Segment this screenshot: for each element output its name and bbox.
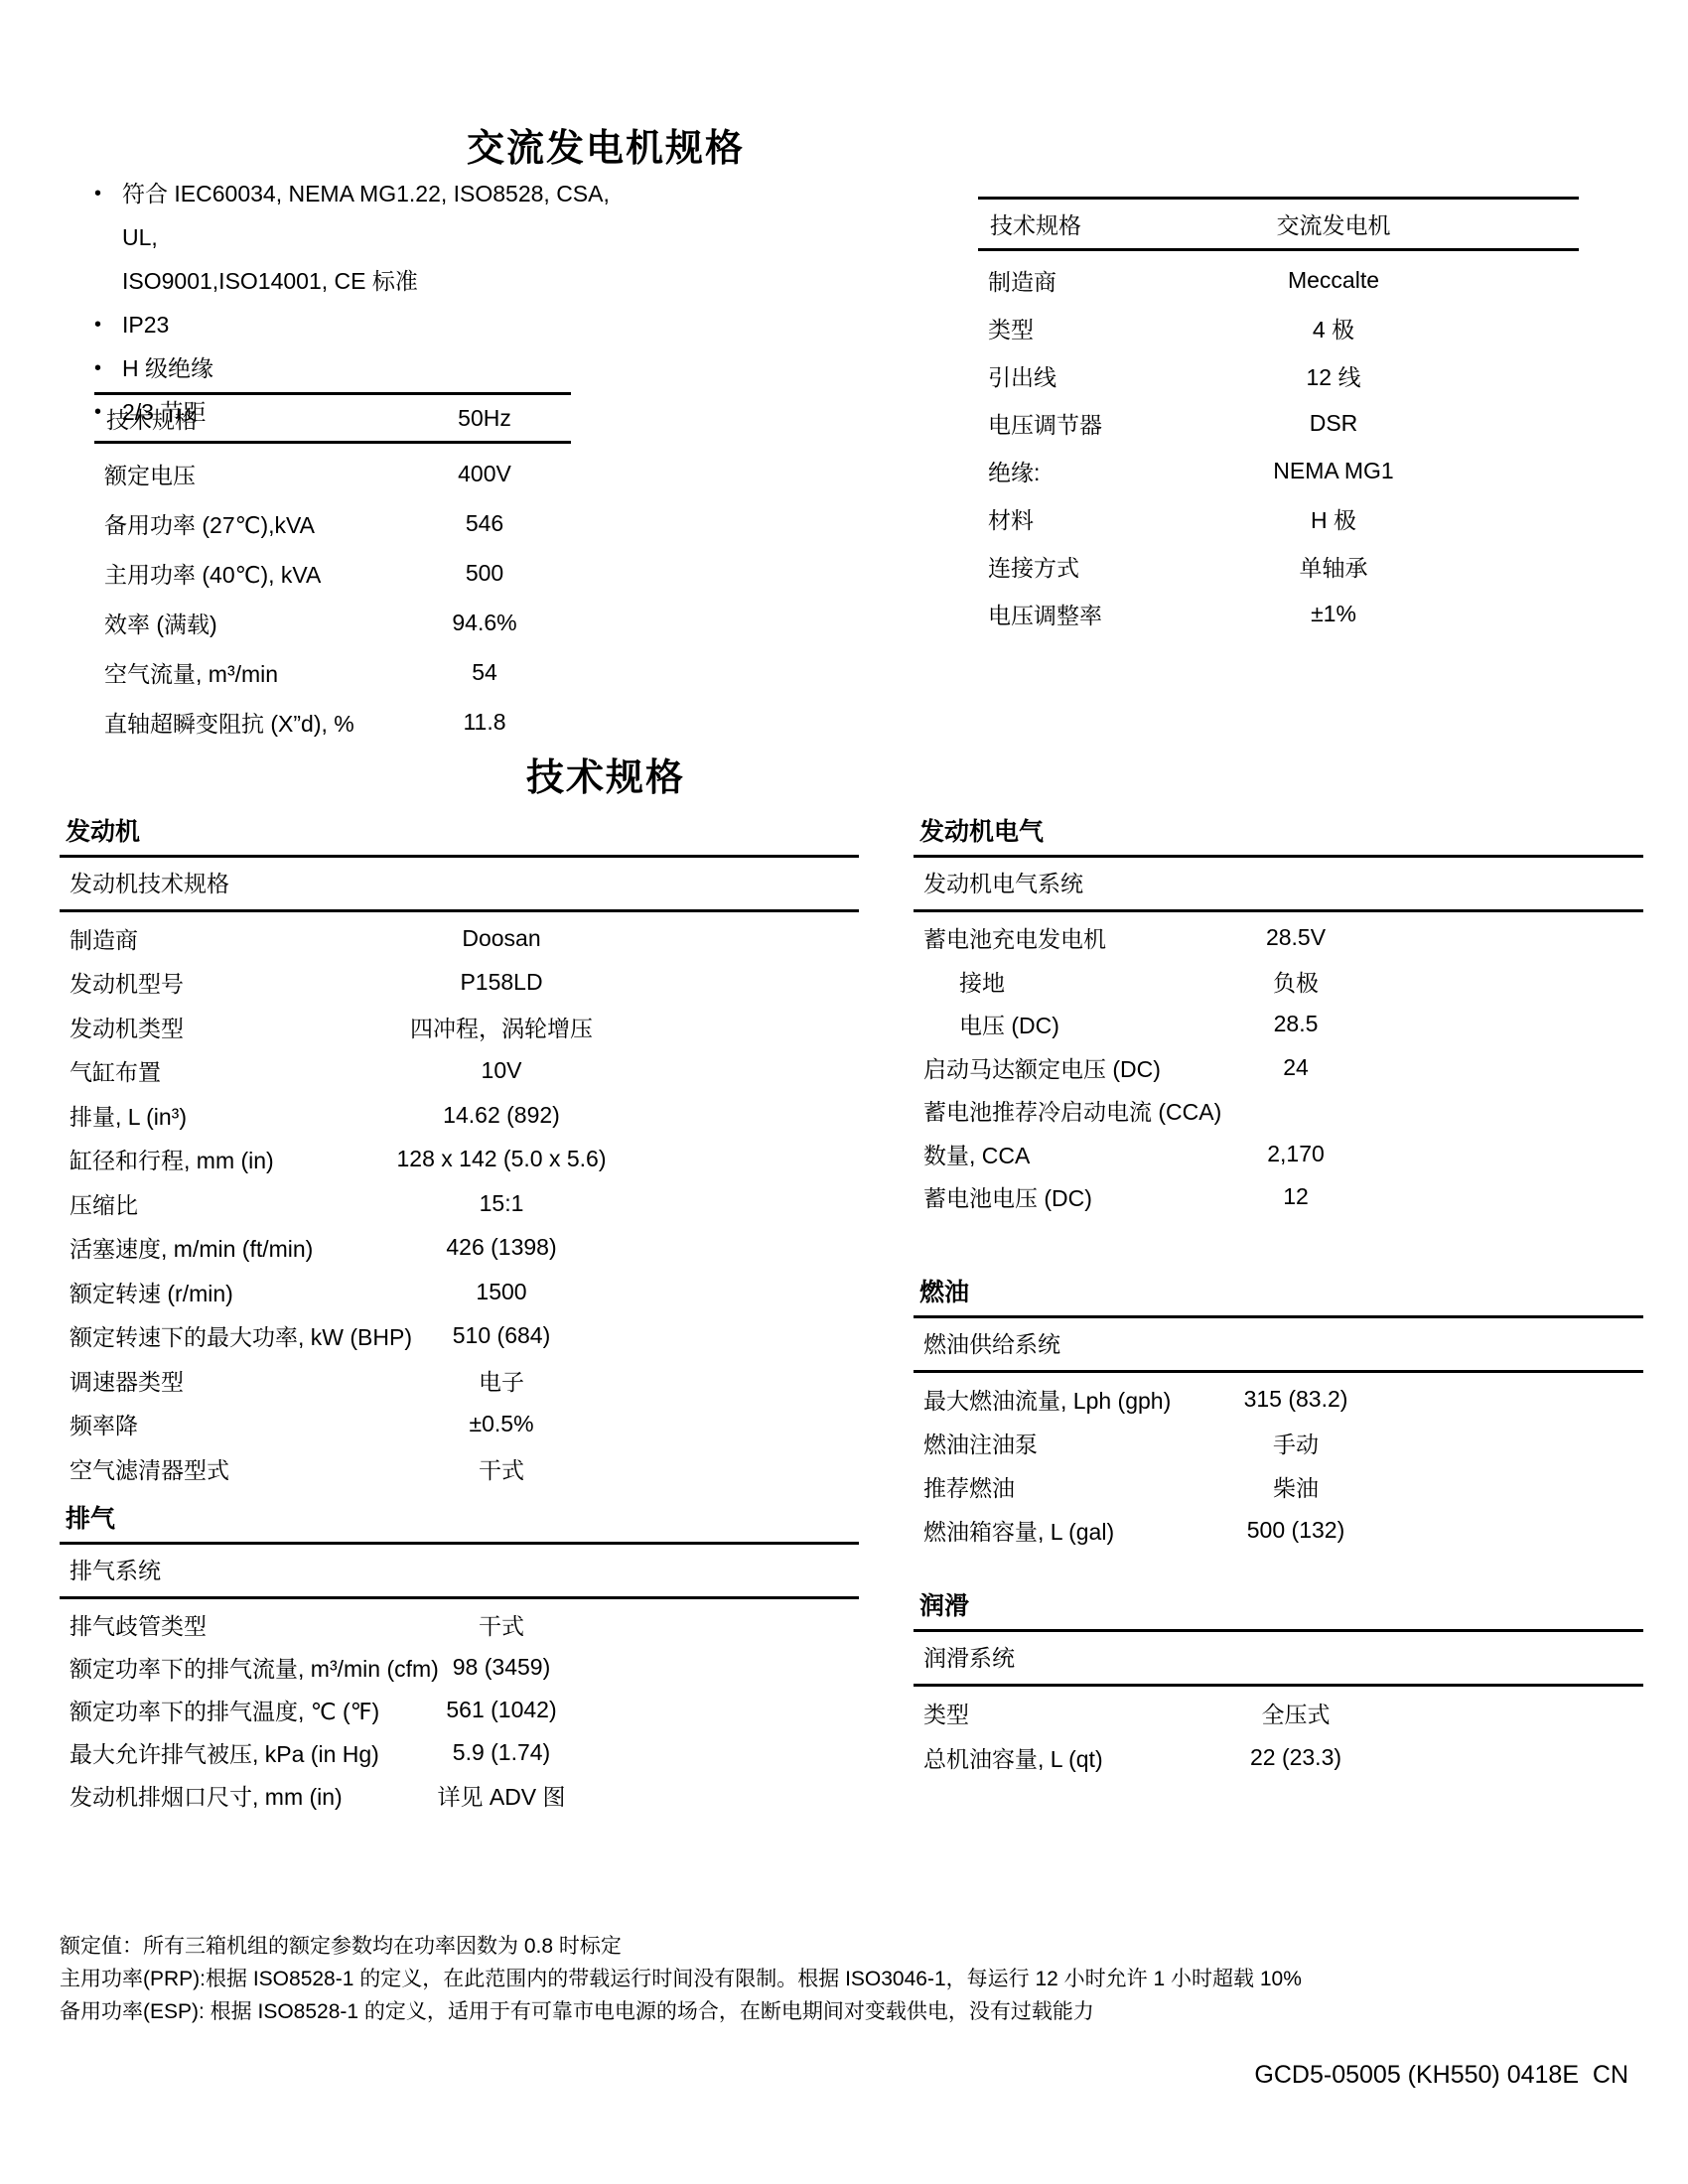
spec-value: 94.6% <box>452 610 516 636</box>
spec-value: 2,170 <box>1267 1141 1325 1167</box>
spec-row: 主用功率 (40℃), kVA500 <box>94 548 571 598</box>
spec-label: 缸径和行程, mm (in) <box>60 1143 274 1175</box>
spec-value: 全压式 <box>1262 1697 1331 1729</box>
spec-label: 最大燃油流量, Lph (gph) <box>914 1383 1171 1416</box>
spec-value: 400V <box>458 461 511 487</box>
table-rows: 最大燃油流量, Lph (gph)315 (83.2)燃油注油泵手动推荐燃油柴油… <box>914 1373 1643 1552</box>
table-rows: 额定电压400V备用功率 (27℃),kVA546主用功率 (40℃), kVA… <box>94 444 571 747</box>
spec-label: 压缩比 <box>60 1187 138 1220</box>
spec-value: 426 (1398) <box>446 1234 556 1261</box>
spec-row: 额定转速 (r/min)1500 <box>60 1270 859 1314</box>
spec-row: 制造商Meccalte <box>978 256 1579 304</box>
spec-value: 5.9 (1.74) <box>453 1739 550 1766</box>
spec-label: 排量, L (in³) <box>60 1099 187 1132</box>
section-title: 排气 <box>60 1505 859 1545</box>
page-title: 交流发电机规格 <box>60 117 1152 172</box>
spec-row: 活塞速度, m/min (ft/min)426 (1398) <box>60 1226 859 1271</box>
note-line: 主用功率(PRP):根据 ISO8528-1 的定义，在此范围内的带载运行时间没… <box>60 1963 1638 1995</box>
spec-value: ±0.5% <box>469 1411 533 1437</box>
spec-row: 连接方式单轴承 <box>978 542 1579 590</box>
spec-label: 发动机类型 <box>60 1011 184 1043</box>
section-subheader: 燃油供给系统 <box>914 1318 1643 1373</box>
spec-value: 电子 <box>479 1364 524 1397</box>
engine-section: 发动机 发动机技术规格 制造商Doosan发动机型号P158LD发动机类型四冲程… <box>60 818 859 1491</box>
spec-label: 燃油注油泵 <box>914 1427 1038 1459</box>
bullet-text: H 级绝缘 <box>122 346 213 390</box>
spec-label: 引出线 <box>978 359 1056 392</box>
spec-value: 12 线 <box>1307 359 1361 392</box>
lubrication-section: 润滑 润滑系统 类型全压式总机油容量, L (qt)22 (23.3) <box>914 1592 1643 1780</box>
spec-value: 546 <box>466 510 503 537</box>
spec-value: 22 (23.3) <box>1250 1744 1341 1771</box>
spec-label: 电压调节器 <box>978 407 1102 440</box>
spec-value: 12 <box>1283 1183 1309 1210</box>
spec-row: 备用功率 (27℃),kVA546 <box>94 498 571 548</box>
spec-value: 24 <box>1283 1054 1309 1081</box>
table-rows: 蓄电池充电发电机28.5V接地负极电压 (DC)28.5启动马达额定电压 (DC… <box>914 912 1643 1219</box>
spec-value: 561 (1042) <box>446 1697 556 1723</box>
spec-row: 材料H 极 <box>978 494 1579 542</box>
section-main-title: 技术规格 <box>60 747 1152 801</box>
spec-value: 15:1 <box>480 1190 524 1217</box>
spec-row: 引出线12 线 <box>978 351 1579 399</box>
spec-value: 4 极 <box>1313 312 1354 344</box>
table-header-value: 50Hz <box>458 405 511 432</box>
spec-value: P158LD <box>460 969 542 996</box>
spec-label: 额定功率下的排气温度, ℃ (℉) <box>60 1694 379 1726</box>
spec-row: 电压 (DC)28.5 <box>914 1003 1643 1046</box>
bullet-dot-icon: • <box>94 346 122 390</box>
engine-electrical-section: 发动机电气 发动机电气系统 蓄电池充电发电机28.5V接地负极电压 (DC)28… <box>914 818 1643 1219</box>
spec-label: 燃油箱容量, L (gal) <box>914 1514 1114 1547</box>
spec-label: 发动机型号 <box>60 966 184 999</box>
spec-row: 绝缘:NEMA MG1 <box>978 447 1579 494</box>
spec-label: 总机油容量, L (qt) <box>914 1741 1103 1774</box>
spec-label: 直轴超瞬变阻抗 (X”d), % <box>94 706 354 739</box>
spec-value: 详见 ADV 图 <box>437 1779 565 1812</box>
spec-value: 负极 <box>1273 965 1319 998</box>
bullet-text: IP23 <box>122 303 169 346</box>
spec-value: 28.5 <box>1274 1011 1319 1037</box>
spec-row: 发动机排烟口尺寸, mm (in)详见 ADV 图 <box>60 1774 859 1817</box>
spec-label: 制造商 <box>60 922 138 955</box>
section-subheader: 发动机技术规格 <box>60 858 859 912</box>
spec-sheet-page: 交流发电机规格 •符合 IEC60034, NEMA MG1.22, ISO85… <box>0 0 1688 2184</box>
bullet-item: •符合 IEC60034, NEMA MG1.22, ISO8528, CSA,… <box>94 172 611 303</box>
spec-row: 蓄电池推荐冷启动电流 (CCA) <box>914 1089 1643 1133</box>
spec-label: 推荐燃油 <box>914 1470 1015 1503</box>
spec-row: 额定功率下的排气流量, m³/min (cfm)98 (3459) <box>60 1646 859 1689</box>
spec-row: 电压调节器DSR <box>978 399 1579 447</box>
spec-label: 额定转速下的最大功率, kW (BHP) <box>60 1319 412 1352</box>
spec-label: 活塞速度, m/min (ft/min) <box>60 1231 313 1264</box>
spec-label: 蓄电池推荐冷启动电流 (CCA) <box>914 1094 1221 1127</box>
spec-label: 备用功率 (27℃),kVA <box>94 507 315 540</box>
spec-row: 制造商Doosan <box>60 916 859 961</box>
spec-value: 1500 <box>476 1279 526 1305</box>
spec-row: 直轴超瞬变阻抗 (X”d), %11.8 <box>94 697 571 747</box>
document-code: GCD5-05005 (KH550) 0418E CN <box>1092 2061 1628 2090</box>
spec-value: 28.5V <box>1266 924 1326 951</box>
spec-label: 材料 <box>978 502 1034 535</box>
spec-row: 调速器类型电子 <box>60 1358 859 1403</box>
spec-value: 干式 <box>479 1608 524 1641</box>
spec-row: 类型全压式 <box>914 1691 1643 1735</box>
spec-label: 额定功率下的排气流量, m³/min (cfm) <box>60 1651 439 1684</box>
spec-value: 500 (132) <box>1247 1517 1344 1544</box>
spec-value: 柴油 <box>1273 1470 1319 1503</box>
spec-row: 燃油箱容量, L (gal)500 (132) <box>914 1508 1643 1552</box>
spec-label: 额定转速 (r/min) <box>60 1276 233 1308</box>
spec-label: 类型 <box>914 1697 969 1729</box>
spec-value: 54 <box>472 659 497 686</box>
spec-value: NEMA MG1 <box>1273 458 1393 484</box>
spec-label: 频率降 <box>60 1408 138 1440</box>
spec-label: 最大允许排气被压, kPa (in Hg) <box>60 1736 379 1769</box>
spec-value: 手动 <box>1273 1427 1319 1459</box>
spec-row: 最大允许排气被压, kPa (in Hg)5.9 (1.74) <box>60 1731 859 1774</box>
spec-row: 空气流量, m³/min54 <box>94 647 571 697</box>
spec-row: 效率 (满载)94.6% <box>94 598 571 647</box>
section-title: 润滑 <box>914 1592 1643 1632</box>
spec-row: 发动机型号P158LD <box>60 961 859 1006</box>
spec-label: 蓄电池充电发电机 <box>914 921 1106 954</box>
section-subheader: 排气系统 <box>60 1545 859 1599</box>
section-subheader: 发动机电气系统 <box>914 858 1643 912</box>
spec-label: 主用功率 (40℃), kVA <box>94 557 321 590</box>
spec-label: 发动机排烟口尺寸, mm (in) <box>60 1779 343 1812</box>
spec-row: 类型4 极 <box>978 304 1579 351</box>
spec-label: 启动马达额定电压 (DC) <box>914 1051 1161 1084</box>
spec-value: 510 (684) <box>453 1322 550 1349</box>
spec-label: 蓄电池电压 (DC) <box>914 1180 1092 1213</box>
spec-row: 排量, L (in³)14.62 (892) <box>60 1093 859 1138</box>
spec-row: 压缩比15:1 <box>60 1181 859 1226</box>
spec-label: 调速器类型 <box>60 1364 184 1397</box>
note-line: 额定值：所有三箱机组的额定参数均在功率因数为 0.8 时标定 <box>60 1930 1638 1963</box>
spec-label: 额定电压 <box>94 458 196 490</box>
spec-label: 连接方式 <box>978 550 1079 583</box>
spec-row: 蓄电池电压 (DC)12 <box>914 1175 1643 1219</box>
alternator-spec-table: 技术规格 交流发电机 制造商Meccalte类型4 极引出线12 线电压调节器D… <box>978 197 1579 637</box>
spec-row: 频率降±0.5% <box>60 1403 859 1447</box>
spec-value: Meccalte <box>1288 267 1379 294</box>
spec-value: 14.62 (892) <box>443 1102 560 1129</box>
spec-row: 推荐燃油柴油 <box>914 1464 1643 1508</box>
spec-value: 315 (83.2) <box>1244 1386 1348 1413</box>
bullet-dot-icon: • <box>94 303 122 346</box>
table-header-value: 交流发电机 <box>1277 207 1391 240</box>
spec-row: 缸径和行程, mm (in)128 x 142 (5.0 x 5.6) <box>60 1138 859 1182</box>
spec-value: 500 <box>466 560 503 587</box>
spec-value: 10V <box>482 1057 522 1084</box>
fuel-section: 燃油 燃油供给系统 最大燃油流量, Lph (gph)315 (83.2)燃油注… <box>914 1279 1643 1552</box>
spec-value: Doosan <box>462 925 540 952</box>
spec-label: 排气歧管类型 <box>60 1608 207 1641</box>
section-subheader: 润滑系统 <box>914 1632 1643 1687</box>
rating-notes: 额定值：所有三箱机组的额定参数均在功率因数为 0.8 时标定主用功率(PRP):… <box>60 1930 1638 2028</box>
spec-label: 空气流量, m³/min <box>94 656 278 689</box>
section-title: 发动机电气 <box>914 818 1643 858</box>
bullet-item: •IP23 <box>94 303 611 346</box>
table-header-label: 技术规格 <box>94 402 198 435</box>
spec-value: 98 (3459) <box>453 1654 550 1681</box>
spec-row: 总机油容量, L (qt)22 (23.3) <box>914 1735 1643 1780</box>
spec-label: 类型 <box>978 312 1034 344</box>
spec-label: 空气滤清器型式 <box>60 1452 229 1485</box>
spec-row: 接地负极 <box>914 960 1643 1004</box>
bullet-dot-icon: • <box>94 172 122 215</box>
spec-row: 额定转速下的最大功率, kW (BHP)510 (684) <box>60 1314 859 1359</box>
spec-label: 接地 <box>914 965 1005 998</box>
spec-value: 128 x 142 (5.0 x 5.6) <box>397 1146 607 1172</box>
spec-row: 蓄电池充电发电机28.5V <box>914 916 1643 960</box>
spec-label: 数量, CCA <box>914 1138 1030 1170</box>
spec-label: 电压调整率 <box>978 598 1102 630</box>
spec-label: 绝缘: <box>978 455 1040 487</box>
table-rows: 排气歧管类型干式额定功率下的排气流量, m³/min (cfm)98 (3459… <box>60 1599 859 1817</box>
spec-label: 气缸布置 <box>60 1054 161 1087</box>
spec-row: 电压调整率±1% <box>978 590 1579 637</box>
spec-value: ±1% <box>1311 601 1356 627</box>
section-title: 燃油 <box>914 1279 1643 1318</box>
note-line: 备用功率(ESP): 根据 ISO8528-1 的定义，适用于有可靠市电电源的场… <box>60 1995 1638 2028</box>
spec-row: 气缸布置10V <box>60 1049 859 1094</box>
table-header-row: 技术规格 交流发电机 <box>978 200 1579 251</box>
alternator-50hz-table: 技术规格 50Hz 额定电压400V备用功率 (27℃),kVA546主用功率 … <box>94 392 571 747</box>
spec-row: 最大燃油流量, Lph (gph)315 (83.2) <box>914 1377 1643 1421</box>
table-rows: 制造商Meccalte类型4 极引出线12 线电压调节器DSR绝缘:NEMA M… <box>978 251 1579 637</box>
table-rows: 类型全压式总机油容量, L (qt)22 (23.3) <box>914 1687 1643 1780</box>
spec-row: 发动机类型四冲程，涡轮增压 <box>60 1005 859 1049</box>
table-header-label: 技术规格 <box>978 207 1081 240</box>
spec-row: 空气滤清器型式干式 <box>60 1446 859 1491</box>
spec-value: 四冲程，涡轮增压 <box>410 1011 593 1043</box>
spec-label: 制造商 <box>978 264 1056 297</box>
spec-label: 效率 (满载) <box>94 607 217 639</box>
spec-row: 额定功率下的排气温度, ℃ (℉)561 (1042) <box>60 1689 859 1731</box>
section-title: 发动机 <box>60 818 859 858</box>
bullet-text: 符合 IEC60034, NEMA MG1.22, ISO8528, CSA, … <box>122 172 611 303</box>
spec-row: 数量, CCA2,170 <box>914 1133 1643 1176</box>
table-rows: 制造商Doosan发动机型号P158LD发动机类型四冲程，涡轮增压气缸布置10V… <box>60 912 859 1491</box>
bullet-item: •H 级绝缘 <box>94 346 611 390</box>
spec-row: 额定电压400V <box>94 449 571 498</box>
spec-value: DSR <box>1310 410 1358 437</box>
table-header-row: 技术规格 50Hz <box>94 395 571 444</box>
exhaust-section: 排气 排气系统 排气歧管类型干式额定功率下的排气流量, m³/min (cfm)… <box>60 1505 859 1817</box>
spec-row: 启动马达额定电压 (DC)24 <box>914 1046 1643 1090</box>
spec-label: 电压 (DC) <box>914 1008 1059 1040</box>
spec-value: H 极 <box>1311 502 1356 535</box>
spec-row: 燃油注油泵手动 <box>914 1421 1643 1464</box>
spec-row: 排气歧管类型干式 <box>60 1603 859 1646</box>
spec-value: 11.8 <box>463 709 505 736</box>
spec-value: 单轴承 <box>1300 550 1368 583</box>
spec-value: 干式 <box>479 1452 524 1485</box>
